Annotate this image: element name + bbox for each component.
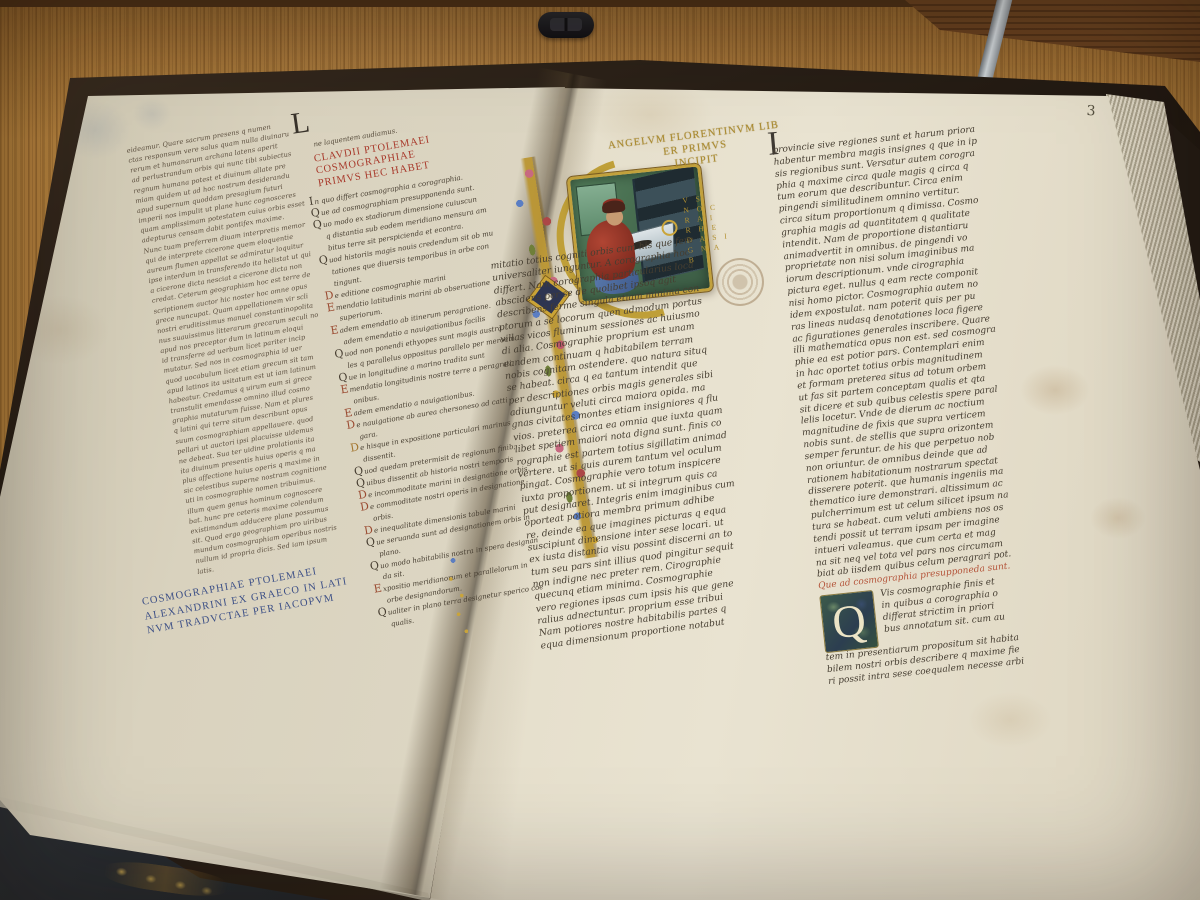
page-number: 3 [1086,103,1096,119]
library-stamp [716,258,764,306]
manuscript-photo: L eideamur. Quare sacrum presens q numen… [0,0,1200,900]
illuminated-Q-initial: Q [819,590,879,653]
cable-grommet [538,12,594,38]
miniature-figure-hat [601,199,625,213]
